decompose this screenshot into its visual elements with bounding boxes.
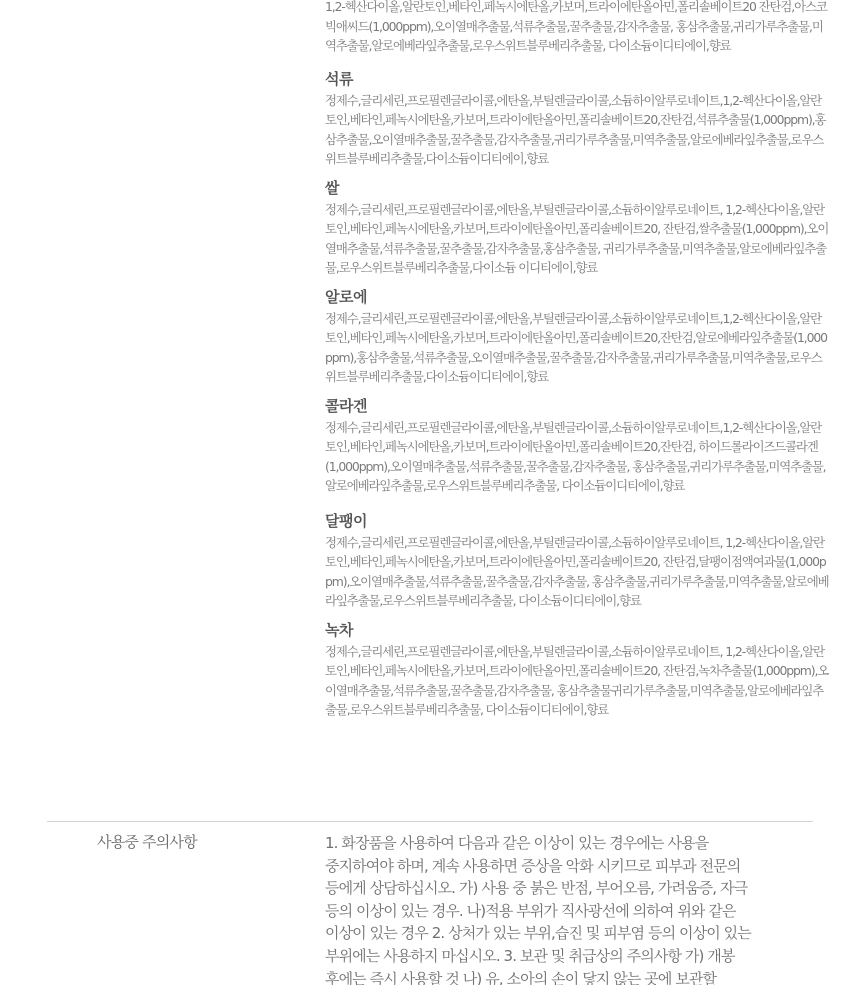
ingredient-title: 콜라겐 — [325, 395, 830, 417]
ingredient-block-pomegranate: 석류 정제수,글리세린,프로필렌글라이콜,에탄올,부틸렌글라이콜,소듐하이알루로… — [325, 68, 830, 169]
ingredient-text: 정제수,글리세린,프로필렌글라이콜,에탄올,부틸렌글라이콜,소듐하이알루로네이트… — [325, 533, 830, 611]
ingredient-title: 석류 — [325, 68, 830, 90]
ingredient-block-green-tea: 녹차 정제수,글리세린,프로필렌글라이콜,에탄올,부틸렌글라이콜,소듐하이알루로… — [325, 619, 830, 720]
caution-text: 1. 화장품을 사용하여 다음과 같은 이상이 있는 경우에는 사용을 중지하여… — [325, 832, 765, 985]
ingredient-text: 정제수,글리세린,프로필렌글라이콜,에탄올,부틸렌글라이콜,소듐하이알루로네이트… — [325, 642, 830, 720]
ingredient-block-continued: 1,2-헥산다이올,알란토인,베타인,페녹시에탄올,카보머,트라이에탄올아민,폴… — [325, 0, 830, 56]
ingredient-text: 1,2-헥산다이올,알란토인,베타인,페녹시에탄올,카보머,트라이에탄올아민,폴… — [325, 0, 830, 56]
ingredient-block-rice: 쌀 정제수,글리세린,프로필렌글라이콜,에탄올,부틸렌글라이콜,소듐하이알루로네… — [325, 177, 830, 278]
section-divider — [47, 821, 813, 822]
ingredient-block-aloe: 알로에 정제수,글리세린,프로필렌글라이콜,에탄올,부틸렌글라이콜,소듐하이알루… — [325, 286, 830, 387]
caution-label: 사용중 주의사항 — [97, 831, 197, 853]
ingredients-list: 1,2-헥산다이올,알란토인,베타인,페녹시에탄올,카보머,트라이에탄올아민,폴… — [325, 0, 830, 728]
ingredient-title: 쌀 — [325, 177, 830, 199]
ingredient-text: 정제수,글리세린,프로필렌글라이콜,에탄올,부틸렌글라이콜,소듐하이알루로네이트… — [325, 418, 830, 496]
ingredient-text: 정제수,글리세린,프로필렌글라이콜,에탄올,부틸렌글라이콜,소듐하이알루로네이트… — [325, 200, 830, 278]
ingredient-block-collagen: 콜라겐 정제수,글리세린,프로필렌글라이콜,에탄올,부틸렌글라이콜,소듐하이알루… — [325, 395, 830, 496]
ingredient-block-snail: 달팽이 정제수,글리세린,프로필렌글라이콜,에탄올,부틸렌글라이콜,소듐하이알루… — [325, 510, 830, 611]
ingredient-text: 정제수,글리세린,프로필렌글라이콜,에탄올,부틸렌글라이콜,소듐하이알루로네이트… — [325, 91, 830, 169]
ingredient-title: 달팽이 — [325, 510, 830, 532]
ingredient-text: 정제수,글리세린,프로필렌글라이콜,에탄올,부틸렌글라이콜,소듐하이알루로네이트… — [325, 309, 830, 387]
ingredient-title: 알로에 — [325, 286, 830, 308]
ingredient-title: 녹차 — [325, 619, 830, 641]
